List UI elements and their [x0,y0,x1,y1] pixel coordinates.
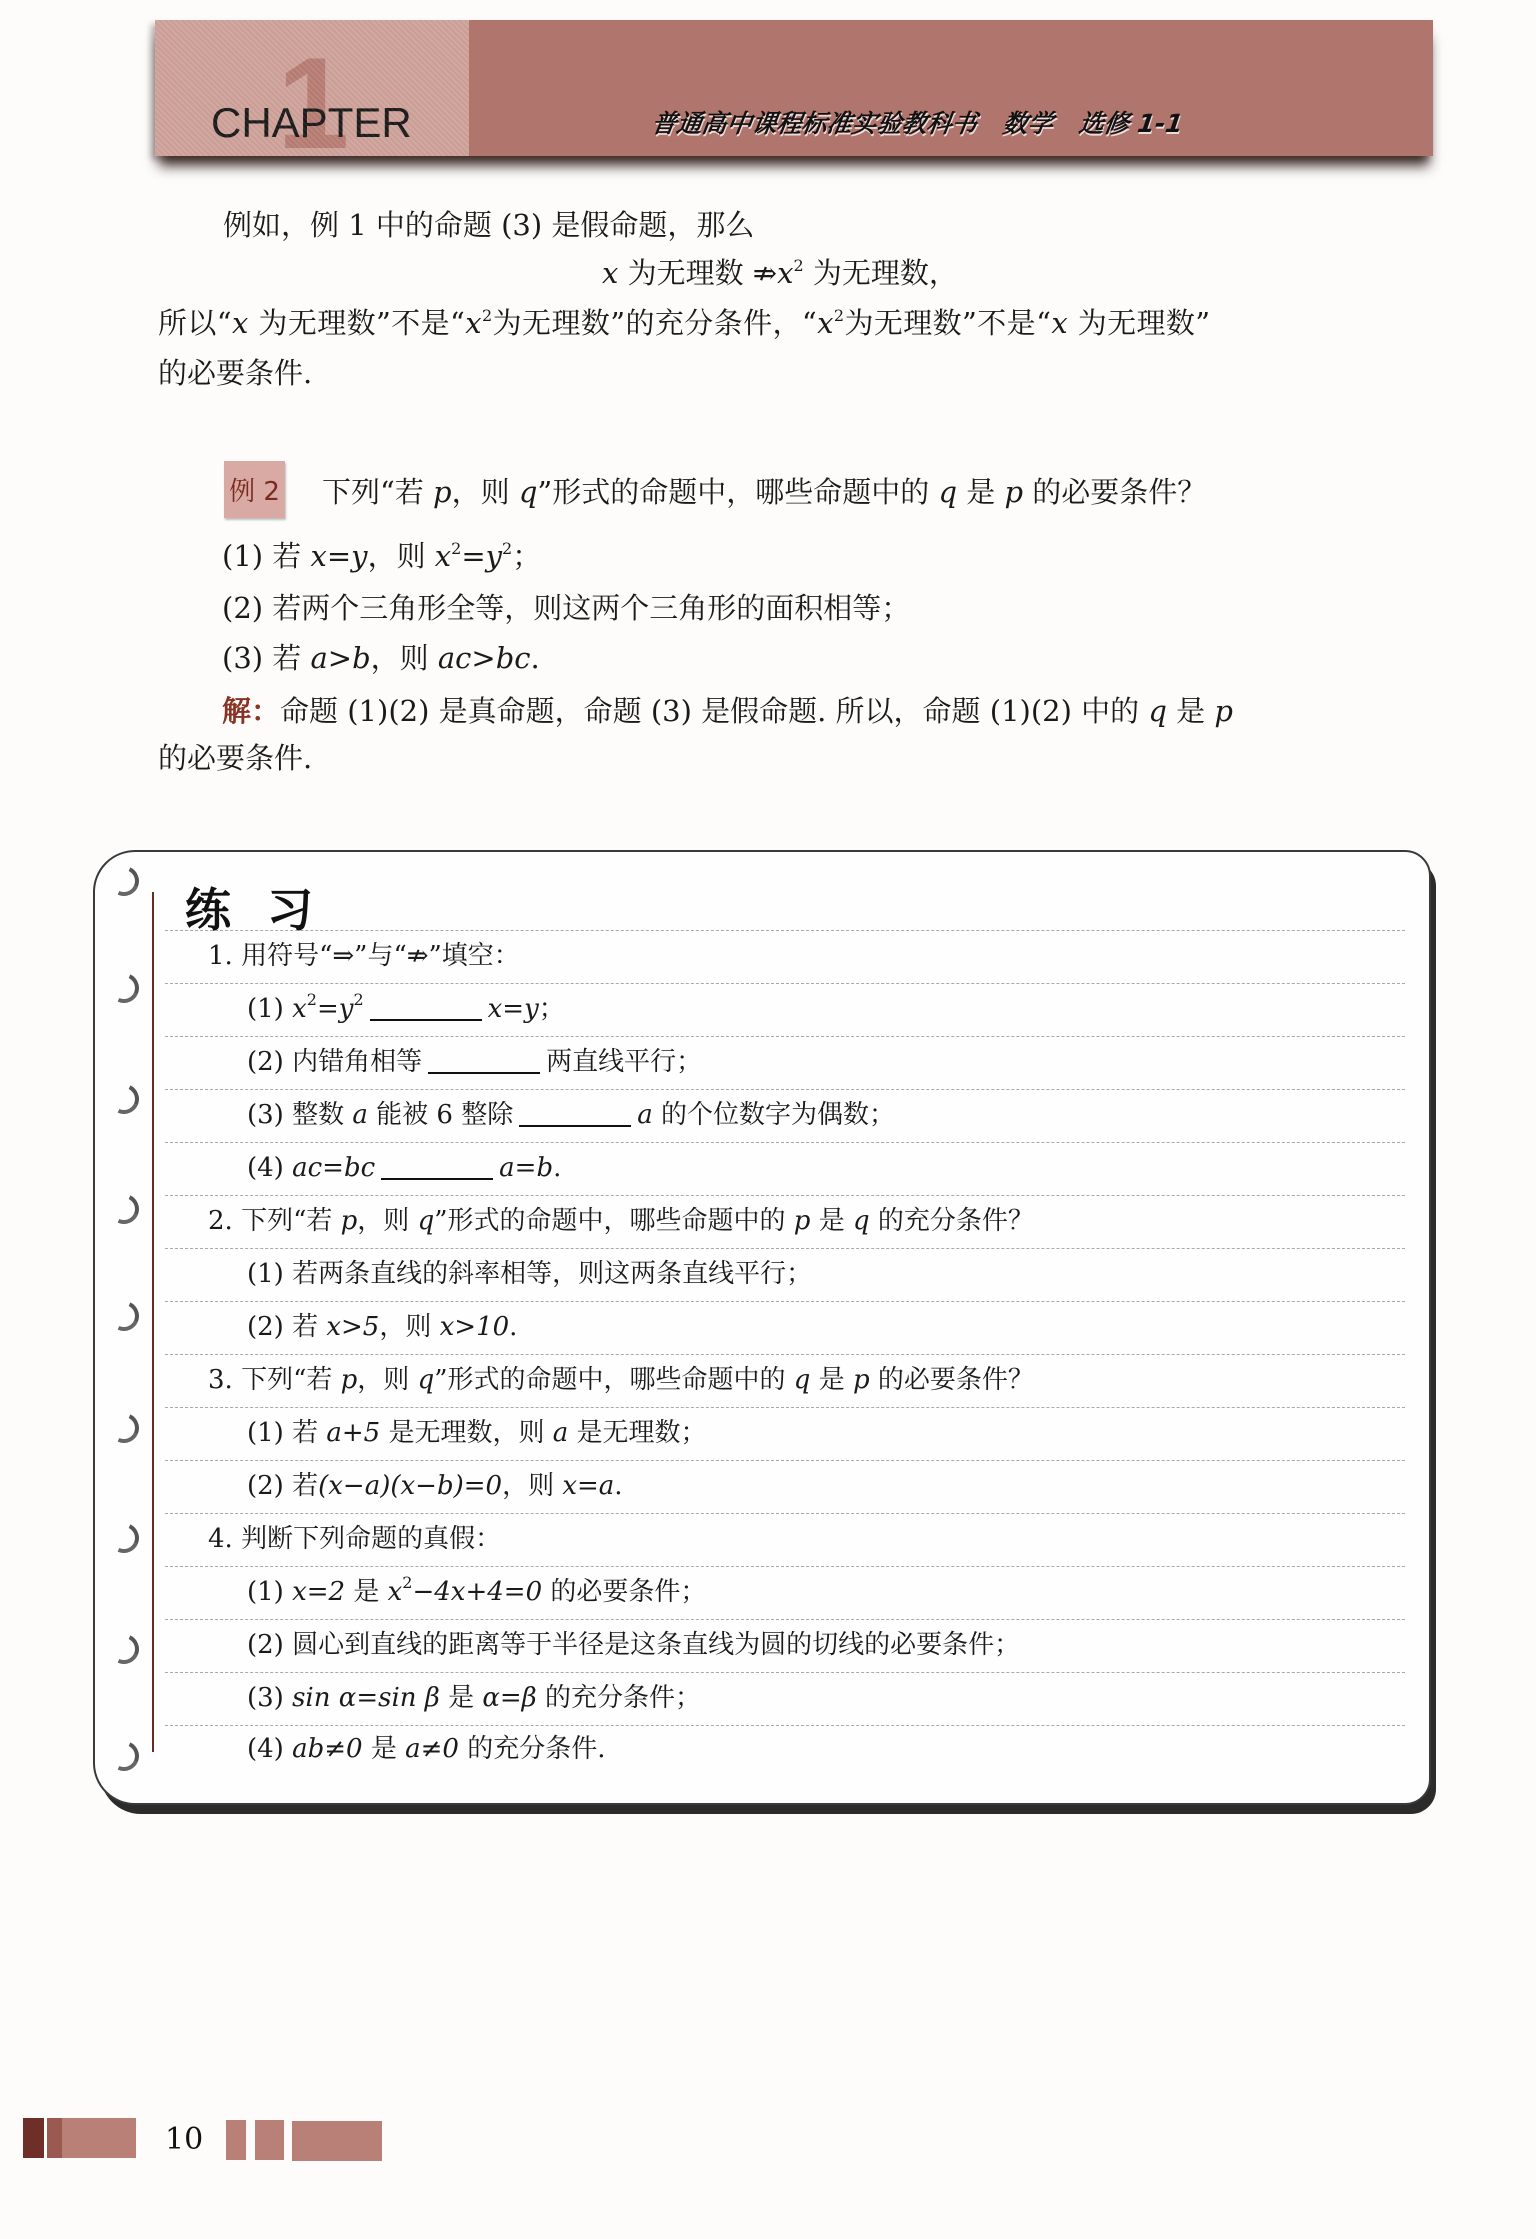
text: (2) 若 [247,1312,326,1342]
example2-item-3: (3) 若 a>b，则 ac>bc. [222,644,540,673]
math-var: p [341,1365,358,1395]
math-var: x [435,539,451,573]
practice-q4-item-2: (2) 圆心到直线的距离等于半径是这条直线为圆的切线的必要条件； [247,1632,1020,1658]
practice-q3-item-1: (1) 若 a+5 是无理数，则 a 是无理数； [247,1420,707,1446]
ruled-line [165,1089,1405,1090]
practice-q4-item-4: (4) ab≠0 是 a≠0 的充分条件. [247,1736,605,1762]
ruled-line [165,1036,1405,1037]
text: . [509,1312,517,1342]
practice-panel: 练习 1. 用符号“⇒”与“⇏”填空： (1) x2=y2x=y； (2) 内错… [93,850,1431,1805]
ruled-line [165,1513,1405,1514]
text: 下列“若 [322,475,433,509]
intro-implication-line: x 为无理数 ⇏x2 为无理数， [602,259,958,288]
example2-solution-line-2: 的必要条件. [158,744,312,773]
ruled-line [165,1195,1405,1196]
text: ”形式的命题中，哪些命题中的 [434,1206,794,1236]
math-var: q [1148,694,1167,728]
text: 为无理数” [1068,306,1210,340]
text: ； [512,539,541,573]
math-var: q [794,1365,811,1395]
text: ，则 [502,1471,562,1501]
practice-q1-item-3: (3) 整数 a 能被 6 整除a 的个位数字为偶数； [247,1102,895,1128]
math-expr: a≠0 [405,1734,459,1764]
footer-bar-light [226,2120,246,2160]
text: 是 [440,1683,483,1713]
math-var: p [853,1365,870,1395]
binder-ring-icon [105,1630,143,1668]
math-expr: x>5 [326,1312,379,1342]
text: 是 [345,1577,388,1607]
text: . [614,1471,622,1501]
practice-q2-item-1: (1) 若两条直线的斜率相等，则这两条直线平行； [247,1261,812,1287]
example2-item-2: (2) 若两个三角形全等，则这两个三角形的面积相等； [222,594,910,623]
superscript: 2 [353,990,363,1009]
math-var: q [853,1206,870,1236]
math-var: a [553,1418,569,1448]
text: (1) 若 [222,539,311,573]
practice-q2-stem: 2. 下列“若 p，则 q”形式的命题中，哪些命题中的 p 是 q 的充分条件？ [208,1208,1034,1234]
text: 命题 (1)(2) 是真命题，命题 (3) 是假命题. 所以，命题 (1)(2)… [280,694,1148,728]
practice-q3-stem: 3. 下列“若 p，则 q”形式的命题中，哪些命题中的 q 是 p 的必要条件？ [208,1367,1034,1393]
chapter-number: 1 [277,38,349,168]
text: (1) [247,994,292,1024]
text: ，则 [357,1206,417,1236]
text: 为无理数， [804,256,958,290]
book-series-title: 普通高中课程标准实验教科书 数学 选修 1-1 [649,104,1185,140]
text: 是无理数； [568,1418,706,1448]
text: 的充分条件. [459,1734,606,1764]
math-expr: x=a [562,1471,614,1501]
ruled-line [165,1566,1405,1567]
text: 的充分条件； [537,1683,701,1713]
math-expr: a+5 [326,1418,380,1448]
math-var: q [519,475,538,509]
binder-ring-icon [105,862,143,900]
practice-q3-item-2: (2) 若(x−a)(x−b)=0，则 x=a. [247,1473,623,1499]
math-var: x [292,994,307,1024]
binder-ring-icon [105,1519,143,1557]
math-var: y [486,539,502,573]
page-number: 10 [165,2122,203,2157]
practice-q4-item-1: (1) x=2 是 x2−4x+4=0 的必要条件； [247,1579,706,1605]
text: 为无理数”不是“ [249,306,465,340]
ruled-line [165,983,1405,984]
math-expr: x>10 [440,1312,510,1342]
superscript: 2 [793,256,803,275]
binder-ring-icon [105,1297,143,1335]
footer-bar-light [62,2118,136,2158]
text: 的个位数字为偶数； [653,1100,895,1130]
binder-ring-icon [105,1190,143,1228]
answer-blank[interactable] [381,1156,493,1180]
math-expr: a>b [311,641,371,675]
text: 为无理数”的充分条件，“ [493,306,817,340]
text: ”形式的命题中，哪些命题中的 [537,475,938,509]
text: 是 [363,1734,406,1764]
math-var: p [1004,475,1023,509]
math-expr: x=y [311,539,368,573]
binder-ring-icon [105,1737,143,1775]
math-var: x [232,306,249,340]
text: 是 [810,1365,853,1395]
chapter-header-band: 1 CHAPTER 普通高中课程标准实验教科书 数学 选修 1-1 [155,20,1433,156]
footer-bar-light [255,2120,284,2160]
ruled-line [165,1672,1405,1673]
text: 是 [957,475,1004,509]
math-expr: sin α=sin β [292,1683,440,1713]
math-var: q [418,1365,435,1395]
text: 的必要条件？ [870,1365,1034,1395]
answer-blank[interactable] [519,1103,631,1127]
text: (3) [247,1683,292,1713]
not-implies-symbol: ⇏ [753,256,777,290]
math-var: q [418,1206,435,1236]
math-expr: x=2 [292,1577,345,1607]
text: ，则 [379,1312,439,1342]
intro-line-1: 例如，例 1 中的命题 (3) 是假命题，那么 [223,211,754,240]
math-expr: ac=bc [292,1153,375,1183]
ruled-line [165,1354,1405,1355]
text: 两直线平行； [546,1047,702,1077]
ruled-line [165,1460,1405,1461]
text: 2. 下列“若 [208,1206,341,1236]
practice-q1-item-1: (1) x2=y2x=y； [247,996,565,1022]
binder-ring-icon [105,1409,143,1447]
text: 是 [810,1206,853,1236]
text: ，则 [368,539,435,573]
chapter-label: CHAPTER [211,102,412,144]
math-var: q [938,475,957,509]
intro-line-4: 的必要条件. [158,359,312,388]
practice-q1-stem: 1. 用符号“⇒”与“⇏”填空： [208,943,520,969]
text: (4) [247,1734,292,1764]
superscript: 2 [402,1573,412,1592]
ruled-line [165,1407,1405,1408]
example2-item-1: (1) 若 x=y，则 x2=y2； [222,542,541,571]
superscript: 2 [502,539,512,558]
math-expr: a=b [499,1153,553,1183]
text: ，则 [357,1365,417,1395]
practice-q4-item-3: (3) sin α=sin β 是 α=β 的充分条件； [247,1685,701,1711]
text: = [461,539,485,573]
text: (1) 若 [247,1418,326,1448]
text: . [531,641,540,675]
math-expr: ab≠0 [292,1734,362,1764]
text: (2) 内错角相等 [247,1047,422,1077]
binder-ring-icon [105,969,143,1007]
math-var: x [388,1577,403,1607]
superscript: 2 [451,539,461,558]
math-var: x [602,256,618,290]
math-var: p [341,1206,358,1236]
ruled-line [165,1142,1405,1143]
text: = [317,994,339,1024]
math-var: p [433,475,452,509]
superscript: 2 [834,306,845,325]
text: ，则 [371,641,438,675]
answer-blank[interactable] [370,997,482,1021]
text: (3) 若 [222,641,311,675]
text: 的充分条件？ [870,1206,1034,1236]
ruled-line [165,1619,1405,1620]
text: (2) 若 [247,1471,318,1501]
math-var: y [339,994,354,1024]
math-expr: −4x+4=0 [412,1577,542,1607]
example2-question: 下列“若 p，则 q”形式的命题中，哪些命题中的 q 是 p 的必要条件？ [322,478,1206,507]
footer-bar-dark [23,2118,44,2158]
practice-q1-item-4: (4) ac=bca=b. [247,1155,561,1181]
ruled-line [165,1301,1405,1302]
math-var: x [817,306,834,340]
math-var: x [1051,306,1068,340]
example2-solution: 解：命题 (1)(2) 是真命题，命题 (3) 是假命题. 所以，命题 (1)(… [222,697,1233,726]
margin-line [152,892,154,1752]
binder-ring-icon [105,1080,143,1118]
text: 是 [1167,694,1214,728]
answer-blank[interactable] [428,1050,540,1074]
text: ，则 [452,475,519,509]
footer-bar-light [292,2121,382,2161]
chapter-label-panel: 1 CHAPTER [155,20,469,156]
math-expr: x=y [488,994,539,1024]
text: 的必要条件； [542,1577,706,1607]
math-expr: α=β [482,1683,536,1713]
superscript: 2 [482,306,493,325]
math-var: p [794,1206,811,1236]
math-var: x [465,306,482,340]
practice-q2-item-2: (2) 若 x>5，则 x>10. [247,1314,517,1340]
text: 是无理数，则 [380,1418,553,1448]
practice-q4-stem: 4. 判断下列命题的真假： [208,1526,501,1552]
solution-label: 解： [222,694,280,728]
math-expr: (x−a)(x−b)=0 [318,1471,502,1501]
ruled-line [165,1248,1405,1249]
math-var: x [777,256,793,290]
math-var: a [637,1100,653,1130]
text: (3) 整数 [247,1100,352,1130]
math-expr: ac>bc [438,641,531,675]
superscript: 2 [307,990,317,1009]
text: . [553,1153,561,1183]
math-var: a [352,1100,368,1130]
text: 所以“ [158,306,232,340]
text: ； [539,994,565,1024]
text: 为无理数 [618,256,752,290]
text: 能被 6 整除 [368,1100,513,1130]
math-var: p [1214,694,1233,728]
text: (1) [247,1577,292,1607]
footer-bar-medium [47,2118,62,2158]
text: 的必要条件？ [1023,475,1206,509]
ruled-line [165,1725,1405,1726]
text: ”形式的命题中，哪些命题中的 [434,1365,794,1395]
practice-q1-item-2: (2) 内错角相等两直线平行； [247,1049,702,1075]
example-badge: 例 2 [224,461,285,518]
text: (4) [247,1153,292,1183]
text: 3. 下列“若 [208,1365,341,1395]
ruled-line [165,930,1405,931]
text: 为无理数”不是“ [844,306,1051,340]
intro-line-3: 所以“x 为无理数”不是“x2为无理数”的充分条件，“x2为无理数”不是“x 为… [158,309,1211,338]
